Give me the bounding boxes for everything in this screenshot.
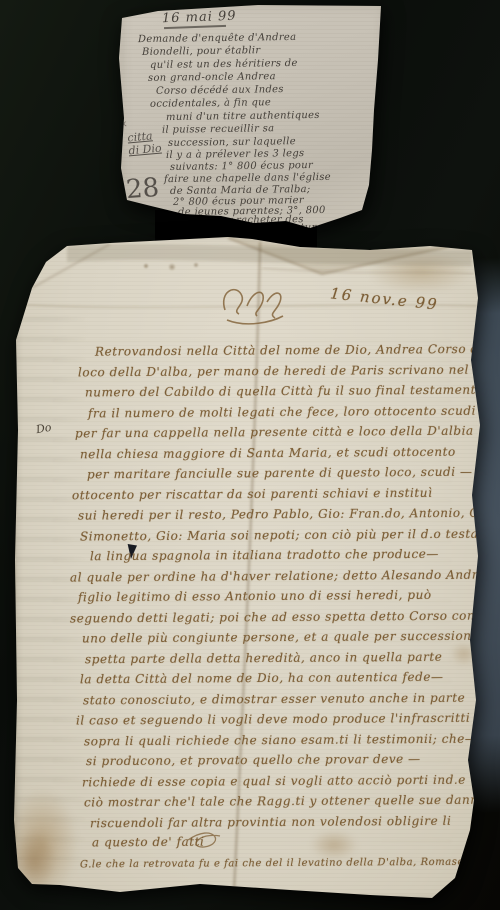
- note-margin-annotation-line2: di Dio: [128, 142, 162, 158]
- corner-crease: [32, 244, 110, 288]
- manuscript-line: riscuendoli far altra provintia non vole…: [90, 814, 451, 831]
- manuscript-line: sopra li quali richiede che siano esam.t…: [84, 732, 478, 749]
- manuscript-line: sui heredi per il resto, Pedro Pablo, Gi…: [78, 505, 484, 522]
- archivist-note-paper: 16 mai 99 × citta di Dio 28 Demande d'en…: [118, 2, 388, 234]
- note-line: Corso décédé aux Indes: [156, 84, 284, 97]
- manuscript-line: per maritare fanciulle sue parente di qu…: [87, 465, 473, 482]
- archivist-note: 16 mai 99 × citta di Dio 28 Demande d'en…: [118, 2, 388, 234]
- manuscript-margin-mark: Do: [35, 421, 52, 436]
- manuscript-line: fra il numero de molti legati che fece, …: [88, 404, 476, 421]
- note-margin-arrow-icon: ×: [119, 119, 128, 130]
- note-line: muni d'un titre authentiques: [166, 110, 320, 123]
- stain-bottom-left-corner: [12, 830, 56, 892]
- note-line: Demande d'enquête d'Andrea: [138, 32, 297, 45]
- manuscript-line: stato conosciuto, e dimostrar esser venu…: [83, 691, 465, 708]
- manuscript-line: al quale per ordine ha d'haver relatione…: [70, 568, 484, 585]
- note-line: qu'il est un des héritiers de: [150, 58, 298, 71]
- manuscript-line: per far una cappella nella presente citt…: [75, 424, 474, 441]
- note-line: son grand-oncle Andrea: [148, 71, 276, 84]
- note-line: il puisse recueillir sa: [162, 123, 275, 136]
- manuscript-line: spetta parte della detta heredità, anco …: [85, 650, 443, 666]
- manuscript-line: nella chiesa maggiore di Santa Maria, et…: [80, 445, 456, 462]
- manuscript-line: richiede di esse copia e qual si vogli a…: [82, 773, 466, 790]
- manuscript-line: uno delle più congiunte persone, et a qu…: [82, 629, 484, 646]
- stain-right-edge: [450, 642, 478, 666]
- manuscript-line: figlio legitimo di esso Antonio uno di e…: [78, 588, 432, 604]
- note-margin-annotation: citta di Dio: [127, 129, 162, 158]
- note-line: Biondelli, pour établir: [142, 45, 261, 58]
- manuscript-line: ciò mostrar che'l tale che Ragg.ti y ott…: [84, 793, 484, 810]
- manuscript-line: a questo de' fatti: [92, 835, 204, 850]
- manuscript-line: Retrovandosi nella Città del nome de Dio…: [95, 341, 484, 358]
- note-line: il y a à prélever les 3 legs: [166, 148, 305, 161]
- note-line: succession, sur laquelle: [168, 136, 296, 149]
- manuscript-line: la detta Città del nome de Dio, ha con a…: [80, 670, 444, 687]
- note-line: suivants: 1° 800 écus pour: [170, 160, 313, 173]
- manuscript-paper: 16 nov.e 99 Do Retrovandosi nella Città …: [12, 232, 484, 902]
- invocation-flourish-icon: [224, 290, 283, 324]
- stain-top-right: [368, 250, 472, 294]
- manuscript-line: la lingua spagnola in italiana tradotto …: [90, 547, 439, 563]
- note-line: occidentales, à fin que: [150, 97, 271, 110]
- manuscript-line: si producono, et provato quello che prov…: [86, 752, 421, 768]
- note-margin-number: 28: [125, 173, 160, 205]
- manuscript-line: Simonetto, Gio: Maria soi nepoti; con ci…: [80, 527, 484, 544]
- note-date: 16 mai 99: [162, 9, 237, 27]
- note-line: écus pour racheter des: [180, 214, 304, 227]
- stain-bottom-center: [310, 830, 358, 860]
- ink-specks: [138, 260, 202, 272]
- manuscript-line: ottocento per riscattar da soi parenti s…: [72, 486, 433, 503]
- manuscript-line: il caso et seguendo li vogli deve modo p…: [76, 710, 484, 727]
- manuscript-line: numero del Cabildo di quella Città fu il…: [85, 383, 484, 400]
- manuscript-line: seguendo detti legati; poi che ad esso s…: [70, 609, 484, 626]
- manuscript-page: 16 nov.e 99 Do Retrovandosi nella Città …: [12, 232, 484, 902]
- manuscript-line: loco della D'alba, per mano de heredi de…: [78, 363, 469, 380]
- manuscript-line: G.le che la retrovata fu e fai che del i…: [80, 857, 476, 871]
- manuscript-photo: 16 mai 99 × citta di Dio 28 Demande d'en…: [0, 0, 500, 910]
